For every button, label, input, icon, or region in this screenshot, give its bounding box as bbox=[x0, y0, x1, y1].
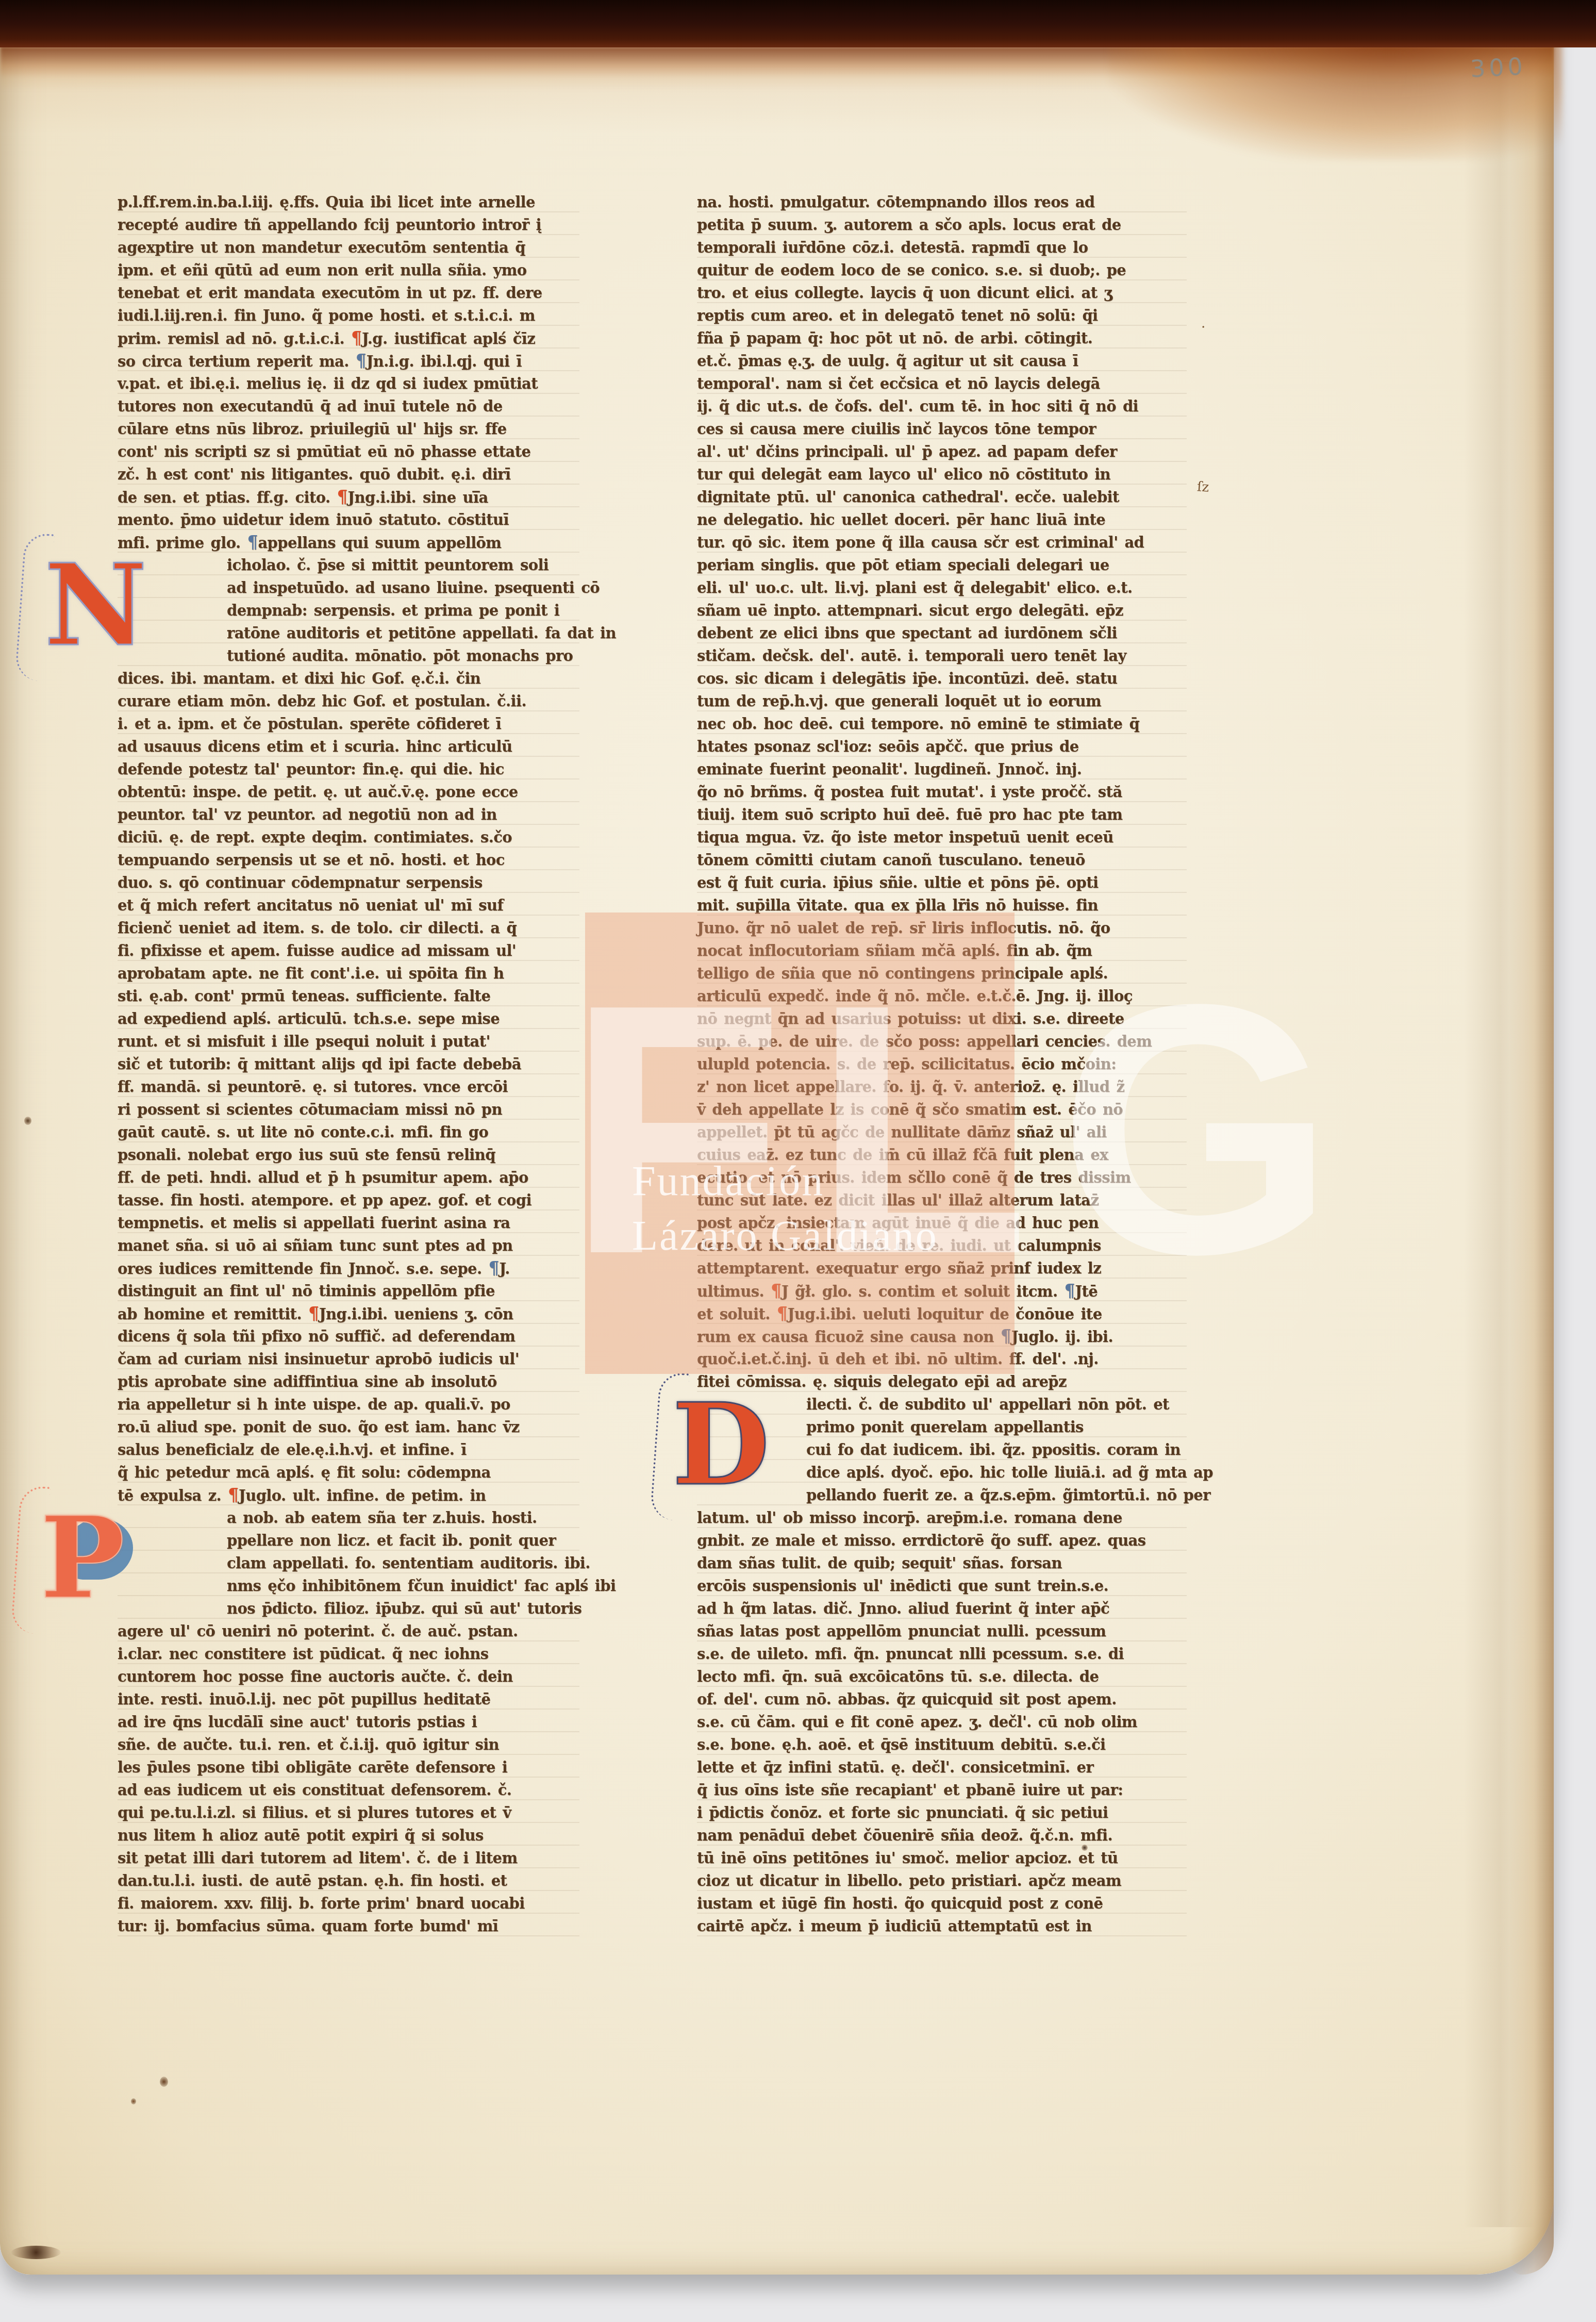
manuscript-line: et q̃ mich refert ancitatus nō ueniat ul… bbox=[118, 894, 579, 917]
manuscript-line: lette et q̄z infini statū. ę. dečl'. con… bbox=[697, 1756, 1187, 1779]
manuscript-line: telligo de sñia que nō contingens princi… bbox=[697, 962, 1187, 985]
manuscript-line: ab homine et remittit. ¶Jng.i.ibi. uenie… bbox=[118, 1302, 579, 1325]
manuscript-line: articulū expedč. inde q̃ nō. mčle. e.t.č… bbox=[697, 985, 1187, 1007]
manuscript-line: qui pe.tu.l.i.zl. si filius. et si plure… bbox=[118, 1801, 579, 1824]
manuscript-line: ficienč ueniet ad item. s. de tolo. cir … bbox=[118, 917, 579, 939]
paragraph-mark-blue: ¶ bbox=[488, 1258, 499, 1278]
manuscript-line: est q̃ fuit curia. ip̄ius sñie. ultie et… bbox=[697, 871, 1187, 894]
manuscript-line: ro.ū aliud spe. ponit de suo. q̃o est ia… bbox=[118, 1416, 579, 1438]
manuscript-line: ptis aprobate sine adiffintiua sine ab i… bbox=[118, 1370, 579, 1393]
manuscript-line: gaūt cautē. s. ut lite nō conte.c.i. mfi… bbox=[118, 1121, 579, 1143]
manuscript-line: temporali iur̄dōne cōz.i. detestā. rapmd… bbox=[697, 236, 1187, 259]
manuscript-photo: { "folio_number": "300", "watermark": { … bbox=[0, 0, 1596, 2322]
manuscript-line: aprobatam apte. ne fit cont'.i.e. ui spō… bbox=[118, 962, 579, 985]
manuscript-line: fña p̄ papam q̄: hoc pōt ut nō. de arbi.… bbox=[697, 327, 1187, 350]
manuscript-line: htates psonaz scl'ioz: seōis apčč. que p… bbox=[697, 735, 1187, 758]
manuscript-line: ppellare non licz. et facit ib. ponit qu… bbox=[118, 1529, 579, 1552]
manuscript-page: N P p.l.ff.rem.in.ba.l.iij. ę.ffs. Quia … bbox=[0, 0, 1554, 2275]
manuscript-line: curare etiam mōn. debz hic Gof. et postu… bbox=[118, 690, 579, 712]
manuscript-line: al'. ut' dčins principali. ul' p̄ apez. … bbox=[697, 440, 1187, 463]
manuscript-line: nos p̄dicto. filioz. ip̄ubz. qui sū aut'… bbox=[118, 1597, 579, 1620]
stain bbox=[160, 2077, 168, 2087]
manuscript-line: manet sña. si uō ai sñiam tunc sunt ptes… bbox=[118, 1234, 579, 1257]
text-column-left: N P p.l.ff.rem.in.ba.l.iij. ę.ffs. Quia … bbox=[118, 191, 579, 1937]
manuscript-line: ad ire q̄ns lucdālī sine auct' tutoris p… bbox=[118, 1711, 579, 1733]
manuscript-line: tiuij. item suō scripto huī deē. fuē pro… bbox=[697, 803, 1187, 826]
manuscript-line: tum de rep̄.h.vj. que generali loquēt ut… bbox=[697, 690, 1187, 712]
paragraph-mark-blue: ¶ bbox=[1001, 1326, 1011, 1346]
manuscript-line: tōnem cōmitti ciutam canoñ tusculano. te… bbox=[697, 849, 1187, 871]
manuscript-line: distinguit an fint ul' nō timinis appell… bbox=[118, 1280, 579, 1302]
manuscript-line: tiqua mgua. v̄z. q̃o iste metor inspetuū… bbox=[697, 826, 1187, 849]
manuscript-line: na. hosti. pmulgatur. cōtempnando illos … bbox=[697, 191, 1187, 213]
manuscript-line: v̄ deh appellate lz is conē q̃ sčo smati… bbox=[697, 1098, 1187, 1121]
manuscript-line: primo ponit querelam appellantis bbox=[697, 1416, 1187, 1438]
manuscript-line: dicens q̃ sola tñi pfixo nō suffič. ad d… bbox=[118, 1325, 579, 1348]
manuscript-line: et soluit. ¶Jug.i.ibi. ueluti loquitur d… bbox=[697, 1302, 1187, 1325]
manuscript-line: v.pat. et ibi.ę.i. melius ię. ii dz qd s… bbox=[118, 372, 579, 395]
manuscript-line: cioz ut dicatur in libello. peto pristia… bbox=[697, 1869, 1187, 1892]
paragraph-mark-red: ¶ bbox=[308, 1303, 319, 1323]
manuscript-line: sñas latas post appellōm pnunciat nulli.… bbox=[697, 1620, 1187, 1643]
manuscript-line: ultimus. ¶J g̃ł. glo. s. contim et solui… bbox=[697, 1280, 1187, 1302]
manuscript-line: dan.tu.l.i. iusti. de autē pstan. ę.h. f… bbox=[118, 1869, 579, 1892]
marginal-mark: · bbox=[1201, 320, 1206, 336]
manuscript-line: tur: ij. bomfacius sūma. quam forte bumd… bbox=[118, 1915, 579, 1937]
manuscript-line: ad eas iudicem ut eis constituat defenso… bbox=[118, 1779, 579, 1801]
manuscript-line: dices. ibi. mantam. et dixi hic Gof. ę.č… bbox=[118, 667, 579, 690]
manuscript-line: z' non licet appellare. fo. ij. q̃. v̄. … bbox=[697, 1075, 1187, 1098]
initial-letter: P bbox=[40, 1501, 125, 1615]
manuscript-line: tutioné audita. mōnatio. pōt monachs pro bbox=[118, 644, 579, 667]
manuscript-line: fi. pfixisse et apem. fuisse audice ad m… bbox=[118, 939, 579, 962]
manuscript-line: tutores non executandū q̄ ad inuī tutele… bbox=[118, 395, 579, 418]
manuscript-line: i. et a. ipm. et če pōstulan. sperēte cō… bbox=[118, 712, 579, 735]
manuscript-line: sič et tutorib: q̄ mittant alijs qd ipi … bbox=[118, 1053, 579, 1075]
manuscript-line: temporal'. nam si čet ecčsica et nō layc… bbox=[697, 372, 1187, 395]
manuscript-line: dice aplś. dyoč. ep̄o. hic tolle liuiā.i… bbox=[697, 1461, 1187, 1484]
manuscript-line: attemptarent. exequatur ergo sñaz̄ prinf… bbox=[697, 1257, 1187, 1280]
manuscript-line: cos. sic dicam i delegātis ip̄e. incontū… bbox=[697, 667, 1187, 690]
manuscript-line: stičam. dečsk. del'. autē. i. temporali … bbox=[697, 644, 1187, 667]
manuscript-line: dempnab: serpensis. et prima pe ponit i bbox=[118, 599, 579, 622]
manuscript-line: cūlare etns nūs libroz. priuilegiū ul' h… bbox=[118, 418, 579, 440]
manuscript-line: tempuando serpensis ut se et nō. hosti. … bbox=[118, 849, 579, 871]
manuscript-line: runt. et si misfuit i ille psequi noluit… bbox=[118, 1030, 579, 1053]
manuscript-line: sñe. de aučte. tu.i. ren. et č.i.ij. quō… bbox=[118, 1733, 579, 1756]
manuscript-line: diciū. ę. de rept. expte deqim. contimia… bbox=[118, 826, 579, 849]
manuscript-line: s.e. bone. ę.h. aoē. et q̄sē instituum d… bbox=[697, 1733, 1187, 1756]
manuscript-line: inte. resti. inuō.l.ij. nec pōt pupillus… bbox=[118, 1688, 579, 1711]
manuscript-line: čam ad curiam nisi insinuetur aprobō iud… bbox=[118, 1348, 579, 1370]
folio-number: 300 bbox=[1470, 52, 1527, 83]
manuscript-line: dere. ut in conal'. vieñ. de re. iudi. u… bbox=[697, 1234, 1187, 1257]
text-column-right: D na. hosti. pmulgatur. cōtempnando illo… bbox=[697, 191, 1187, 1937]
manuscript-line: q̃o nō brñms. q̃ postea fuit mutat'. i y… bbox=[697, 781, 1187, 803]
manuscript-line: latum. ul' ob misso incorp̄. arep̄m.i.e.… bbox=[697, 1506, 1187, 1529]
manuscript-line: ilecti. č. de subdito ul' appellari nōn … bbox=[697, 1393, 1187, 1416]
stain bbox=[131, 2098, 136, 2104]
manuscript-line: iustam et iūgē fin hosti. q̃o quicquid p… bbox=[697, 1892, 1187, 1915]
manuscript-line: duo. s. qō continuar cōdempnatur serpens… bbox=[118, 871, 579, 894]
manuscript-line: rum ex causa ficuoz̄ sine causa non ¶Jug… bbox=[697, 1325, 1187, 1348]
manuscript-line: quoč.i.et.č.inj. ū deh et ibi. nō ultim.… bbox=[697, 1348, 1187, 1370]
manuscript-line: lecto mfi. q̄n. suā excōicatōns tū. s.e.… bbox=[697, 1665, 1187, 1688]
manuscript-line: nec ob. hoc deē. cui tempore. nō eminē t… bbox=[697, 712, 1187, 735]
manuscript-line: salus beneficialz de ele.ę.i.h.vj. et in… bbox=[118, 1438, 579, 1461]
manuscript-line: fi. maiorem. xxv. filij. b. forte prim' … bbox=[118, 1892, 579, 1915]
manuscript-line: ff. de peti. hndi. allud et p̄ h psumitu… bbox=[118, 1166, 579, 1189]
manuscript-line: post apčz. insiectam agūt inuē q̃ die ad… bbox=[697, 1212, 1187, 1234]
manuscript-line: petita p̄ suum. ʒ. autorem a sčo apls. l… bbox=[697, 213, 1187, 236]
manuscript-line: ria appelletur si h inte uispe. de ap. q… bbox=[118, 1393, 579, 1416]
manuscript-line: psonali. nolebat ergo ius suū ste fensū … bbox=[118, 1143, 579, 1166]
manuscript-line: tē expulsa z. ¶Juglo. ult. infine. de pe… bbox=[118, 1484, 579, 1506]
manuscript-line: zč. h est cont' nis litigantes. quō dubi… bbox=[118, 463, 579, 486]
manuscript-line: ces si causa mere ciuilis inč laycos tōn… bbox=[697, 418, 1187, 440]
manuscript-line: tempnetis. et melis si appellati fuerint… bbox=[118, 1212, 579, 1234]
manuscript-line: sti. ę.ab. cont' prmū teneas. sufficient… bbox=[118, 985, 579, 1007]
manuscript-line: peuntor. tal' vz peuntor. ad negotiū non… bbox=[118, 803, 579, 826]
manuscript-line: sup. ē. pe. de uire. de sčo poss: appell… bbox=[697, 1030, 1187, 1053]
manuscript-line: nō negnt q̄n ad usarius potuiss: ut dixi… bbox=[697, 1007, 1187, 1030]
manuscript-line: ipm. et eñi qūtū ad eum non erit nulla s… bbox=[118, 259, 579, 281]
manuscript-line: cuntorem hoc posse fine auctoris aučte. … bbox=[118, 1665, 579, 1688]
manuscript-line: clam appellati. fo. sententiam auditoris… bbox=[118, 1552, 579, 1574]
manuscript-line: so circa tertium reperit ma. ¶Jn.i.g. ib… bbox=[118, 350, 579, 372]
manuscript-line: reptis cum areo. et in delegatō tenet nō… bbox=[697, 304, 1187, 327]
manuscript-line: a nob. ab eatem sña ter z.huis. hosti. bbox=[118, 1506, 579, 1529]
manuscript-line: ff. mandā. si peuntorē. ę. si tutores. v… bbox=[118, 1075, 579, 1098]
manuscript-line: i.clar. nec constitere ist pūdicat. q̃ n… bbox=[118, 1643, 579, 1665]
manuscript-line: ne delegatio. hic uellet doceri. pēr han… bbox=[697, 508, 1187, 531]
manuscript-line: of. del'. cum nō. abbas. q̃z quicquid si… bbox=[697, 1688, 1187, 1711]
paragraph-mark-red: ¶ bbox=[351, 328, 362, 348]
manuscript-line: q̄ ius oīns iste sñe recapiant' et pbanē… bbox=[697, 1779, 1187, 1801]
illuminated-initial-d: D bbox=[672, 1388, 770, 1501]
manuscript-line: nam penāduī debet čōuenirē sñia deoz̄. q… bbox=[697, 1824, 1187, 1847]
manuscript-line: tasse. fin hosti. atempore. et pp apez. … bbox=[118, 1189, 579, 1212]
manuscript-line: cairtē apčz. i meum p̄ iudiciū attemptat… bbox=[697, 1915, 1187, 1937]
paragraph-mark-red: ¶ bbox=[777, 1303, 788, 1323]
manuscript-line: mit. sup̄illa v̄itate. qua ex p̄lla lr̄i… bbox=[697, 894, 1187, 917]
manuscript-line: ri possent si scientes cōtumaciam missi … bbox=[118, 1098, 579, 1121]
manuscript-line: appellet. p̄t tū agčc de nullitate dām̄z… bbox=[697, 1121, 1187, 1143]
manuscript-line: sit petat illi dari tutorem ad litem'. č… bbox=[118, 1847, 579, 1869]
manuscript-line: tur. qō sic. item pone q̃ illa causa sčr… bbox=[697, 531, 1187, 554]
paragraph-mark-blue: ¶ bbox=[1064, 1281, 1075, 1301]
manuscript-line: ulupld potencia. s. de rep̄. scilicitatu… bbox=[697, 1053, 1187, 1075]
manuscript-line: quitur de eodem loco de se conico. s.e. … bbox=[697, 259, 1187, 281]
manuscript-line: s.e. de uileto. mfi. q̃n. pnuncat nlli p… bbox=[697, 1643, 1187, 1665]
manuscript-line: debent ze elici ibns que spectant ad iur… bbox=[697, 622, 1187, 644]
manuscript-line: s.e. cū čām. qui e fit conē apez. ʒ. deč… bbox=[697, 1711, 1187, 1733]
manuscript-line: ores iudices remittende fin Jnnoč. s.e. … bbox=[118, 1257, 579, 1280]
manuscript-line: dam sñas tulit. de quib; sequit' sñas. f… bbox=[697, 1552, 1187, 1574]
manuscript-line: iudi.l.iij.ren.i. fin Juno. q̃ pome host… bbox=[118, 304, 579, 327]
manuscript-line: cui fo dat iudicem. ibi. q̃z. ppositis. … bbox=[697, 1438, 1187, 1461]
manuscript-line: de sen. et ptias. ff.g. cito. ¶Jng.i.ibi… bbox=[118, 486, 579, 508]
paragraph-mark-red: ¶ bbox=[228, 1485, 239, 1505]
manuscript-line: recepté audire tñ appellando fcij peunto… bbox=[118, 213, 579, 236]
manuscript-line: nus litem h alioz autē potit expiri q̃ s… bbox=[118, 1824, 579, 1847]
manuscript-line: ad inspetuūdo. ad usano liuine. psequent… bbox=[118, 576, 579, 599]
manuscript-line: i p̄dictis čonōz. et forte sic pnunciati… bbox=[697, 1801, 1187, 1824]
paragraph-mark-red: ¶ bbox=[771, 1281, 782, 1301]
manuscript-line: eli. ul' uo.c. ult. li.vj. plani est q̃ … bbox=[697, 576, 1187, 599]
manuscript-line: nocat inflocutoriam sñiam mčā aplś. fin … bbox=[697, 939, 1187, 962]
manuscript-line: agexptire ut non mandetur executōm sente… bbox=[118, 236, 579, 259]
page-deckle-edge bbox=[1509, 0, 1554, 2275]
manuscript-line: eminate fuerint peonalit'. lugdineñ. Jnn… bbox=[697, 758, 1187, 781]
manuscript-line: sñam uē inpto. attempnari. sicut ergo de… bbox=[697, 599, 1187, 622]
manuscript-line: defende potestz tal' peuntor: fin.ę. qui… bbox=[118, 758, 579, 781]
marginal-mark: ſz bbox=[1196, 479, 1209, 495]
manuscript-line: tunc sūt late. ez dicit illas ul' illaz̄… bbox=[697, 1189, 1187, 1212]
manuscript-line: et.č. p̄mas ę.ʒ. de uulg. q̃ agitur ut s… bbox=[697, 350, 1187, 372]
manuscript-line: cont' nis scripti sz si pmūtiat eū nō ph… bbox=[118, 440, 579, 463]
illuminated-initial-n: N bbox=[44, 549, 147, 662]
manuscript-line: Juno. q̃r nō ualet de rep̄. sr̄ liris in… bbox=[697, 917, 1187, 939]
manuscript-line: agere ul' cō ueniri nō poterint. č. de a… bbox=[118, 1620, 579, 1643]
manuscript-line: ad h q̃m latas. dič. Jnno. aliud fuerint… bbox=[697, 1597, 1187, 1620]
manuscript-line: gnbit. ze male et misso. errdictorē q̃o … bbox=[697, 1529, 1187, 1552]
manuscript-line: tū inē oīns petitōnes iu' smoč. melior a… bbox=[697, 1847, 1187, 1869]
manuscript-line: les p̄ules psone tibi obligāte carēte de… bbox=[118, 1756, 579, 1779]
manuscript-line: ij. q̃ dic ut.s. de čofs. del'. cum tē. … bbox=[697, 395, 1187, 418]
manuscript-line: ad usauus dicens etim et i scuria. hinc … bbox=[118, 735, 579, 758]
stain bbox=[1082, 1845, 1088, 1851]
manuscript-line: dignitate ptū. ul' canonica cathedral'. … bbox=[697, 486, 1187, 508]
manuscript-line: p.l.ff.rem.in.ba.l.iij. ę.ffs. Quia ibi … bbox=[118, 191, 579, 213]
manuscript-line: tenebat et erit mandata executōm in ut p… bbox=[118, 281, 579, 304]
manuscript-line: tro. et eius collegte. laycis q̄ uon dic… bbox=[697, 281, 1187, 304]
manuscript-line: prim. remisl ad nō. g.t.i.c.i. ¶J.g. ius… bbox=[118, 327, 579, 350]
manuscript-line: ecutio. et nō prius. idem sčllo conē q̃ … bbox=[697, 1166, 1187, 1189]
leather-binding-edge bbox=[0, 0, 1596, 47]
manuscript-line: pellando fuerit ze. a q̃z.s.ep̄m. g̃imto… bbox=[697, 1484, 1187, 1506]
initial-letter: N bbox=[44, 549, 147, 662]
manuscript-line: fitei cōmissa. ę. siquis delegato ep̄i a… bbox=[697, 1370, 1187, 1393]
manuscript-line: obtentū: inspe. de petit. ę. ut auč.v̄.ę… bbox=[118, 781, 579, 803]
paragraph-mark-blue: ¶ bbox=[247, 532, 258, 552]
paragraph-mark-red: ¶ bbox=[337, 487, 347, 507]
manuscript-line: periam singlis. que pōt etiam speciali d… bbox=[697, 554, 1187, 576]
illuminated-initial-p: P bbox=[40, 1501, 125, 1615]
manuscript-line: mento. p̄mo uidetur idem inuō statuto. c… bbox=[118, 508, 579, 531]
manuscript-line: icholao. č. p̄se si mittit peuntorem sol… bbox=[118, 554, 579, 576]
manuscript-line: nms ęčo inhibitōnem fčun inuidict' fac a… bbox=[118, 1574, 579, 1597]
stain bbox=[24, 1117, 31, 1125]
stain bbox=[11, 2246, 61, 2259]
paragraph-mark-blue: ¶ bbox=[356, 351, 367, 371]
manuscript-line: ad expediend aplś. articulū. tch.s.e. se… bbox=[118, 1007, 579, 1030]
manuscript-line: cuius eaz̄. ez tunc de im̄ cū illaz̄ fčā… bbox=[697, 1143, 1187, 1166]
manuscript-line: tur qui delegāt eam layco ul' elico nō c… bbox=[697, 463, 1187, 486]
manuscript-line: q̃ hic petedur mcā aplś. ę fit solu: cōd… bbox=[118, 1461, 579, 1484]
manuscript-line: ercōis suspensionis ul' inēdicti que sun… bbox=[697, 1574, 1187, 1597]
manuscript-line: mfi. prime glo. ¶appellans qui suum appe… bbox=[118, 531, 579, 554]
manuscript-line: ratōne auditoris et petitōne appellati. … bbox=[118, 622, 579, 644]
